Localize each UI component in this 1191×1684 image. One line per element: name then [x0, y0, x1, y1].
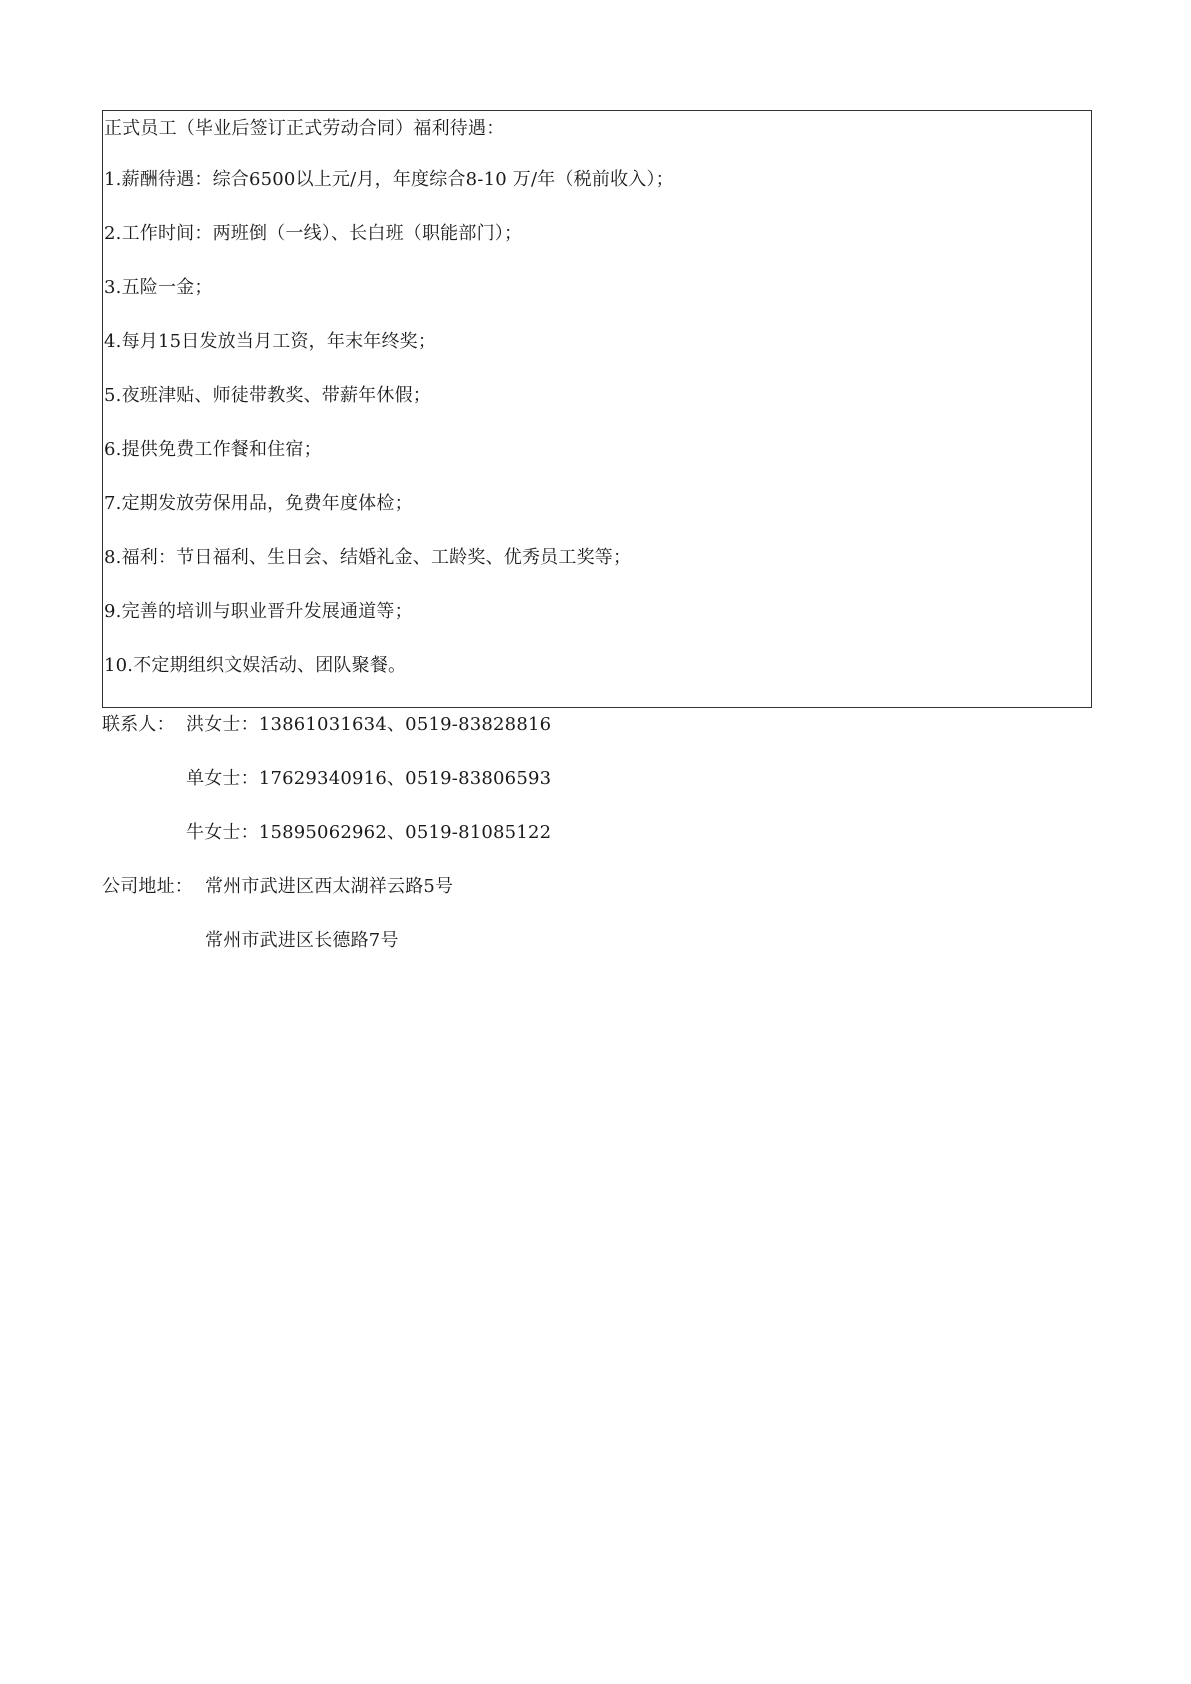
benefit-item: 1.薪酬待遇：综合6500以上元/月，年度综合8-10 万/年（税前收入）； — [104, 169, 674, 191]
benefits-box: 正式员工（毕业后签订正式劳动合同）福利待遇： 1.薪酬待遇：综合6500以上元/… — [102, 110, 1092, 708]
benefits-heading: 正式员工（毕业后签订正式劳动合同）福利待遇： — [104, 118, 504, 140]
contact-person: 牛女士：15895062962、0519-81085122 — [186, 822, 551, 844]
benefit-item: 6.提供免费工作餐和住宿； — [104, 439, 322, 461]
benefit-item: 4.每月15日发放当月工资，年末年终奖； — [104, 331, 436, 353]
benefit-item: 9.完善的培训与职业晋升发展通道等； — [104, 601, 413, 623]
address-line: 常州市武进区西太湖祥云路5号 — [205, 876, 453, 898]
benefit-item: 8.福利：节日福利、生日会、结婚礼金、工龄奖、优秀员工奖等； — [104, 547, 631, 569]
benefit-item: 3.五险一金； — [104, 277, 213, 299]
benefit-item: 2.工作时间：两班倒（一线）、长白班（职能部门）； — [104, 223, 522, 245]
contacts-label: 联系人： — [102, 714, 175, 736]
benefit-item: 7.定期发放劳保用品，免费年度体检； — [104, 493, 413, 515]
benefit-item: 5.夜班津贴、师徒带教奖、带薪年休假； — [104, 385, 431, 407]
document-page: 正式员工（毕业后签订正式劳动合同）福利待遇： 1.薪酬待遇：综合6500以上元/… — [0, 0, 1191, 1684]
contact-person: 单女士：17629340916、0519-83806593 — [186, 768, 551, 790]
benefit-item: 10.不定期组织文娱活动、团队聚餐。 — [104, 655, 406, 677]
address-label: 公司地址： — [102, 876, 193, 898]
contact-person: 洪女士：13861031634、0519-83828816 — [186, 714, 551, 736]
address-line: 常州市武进区长德路7号 — [205, 930, 399, 952]
